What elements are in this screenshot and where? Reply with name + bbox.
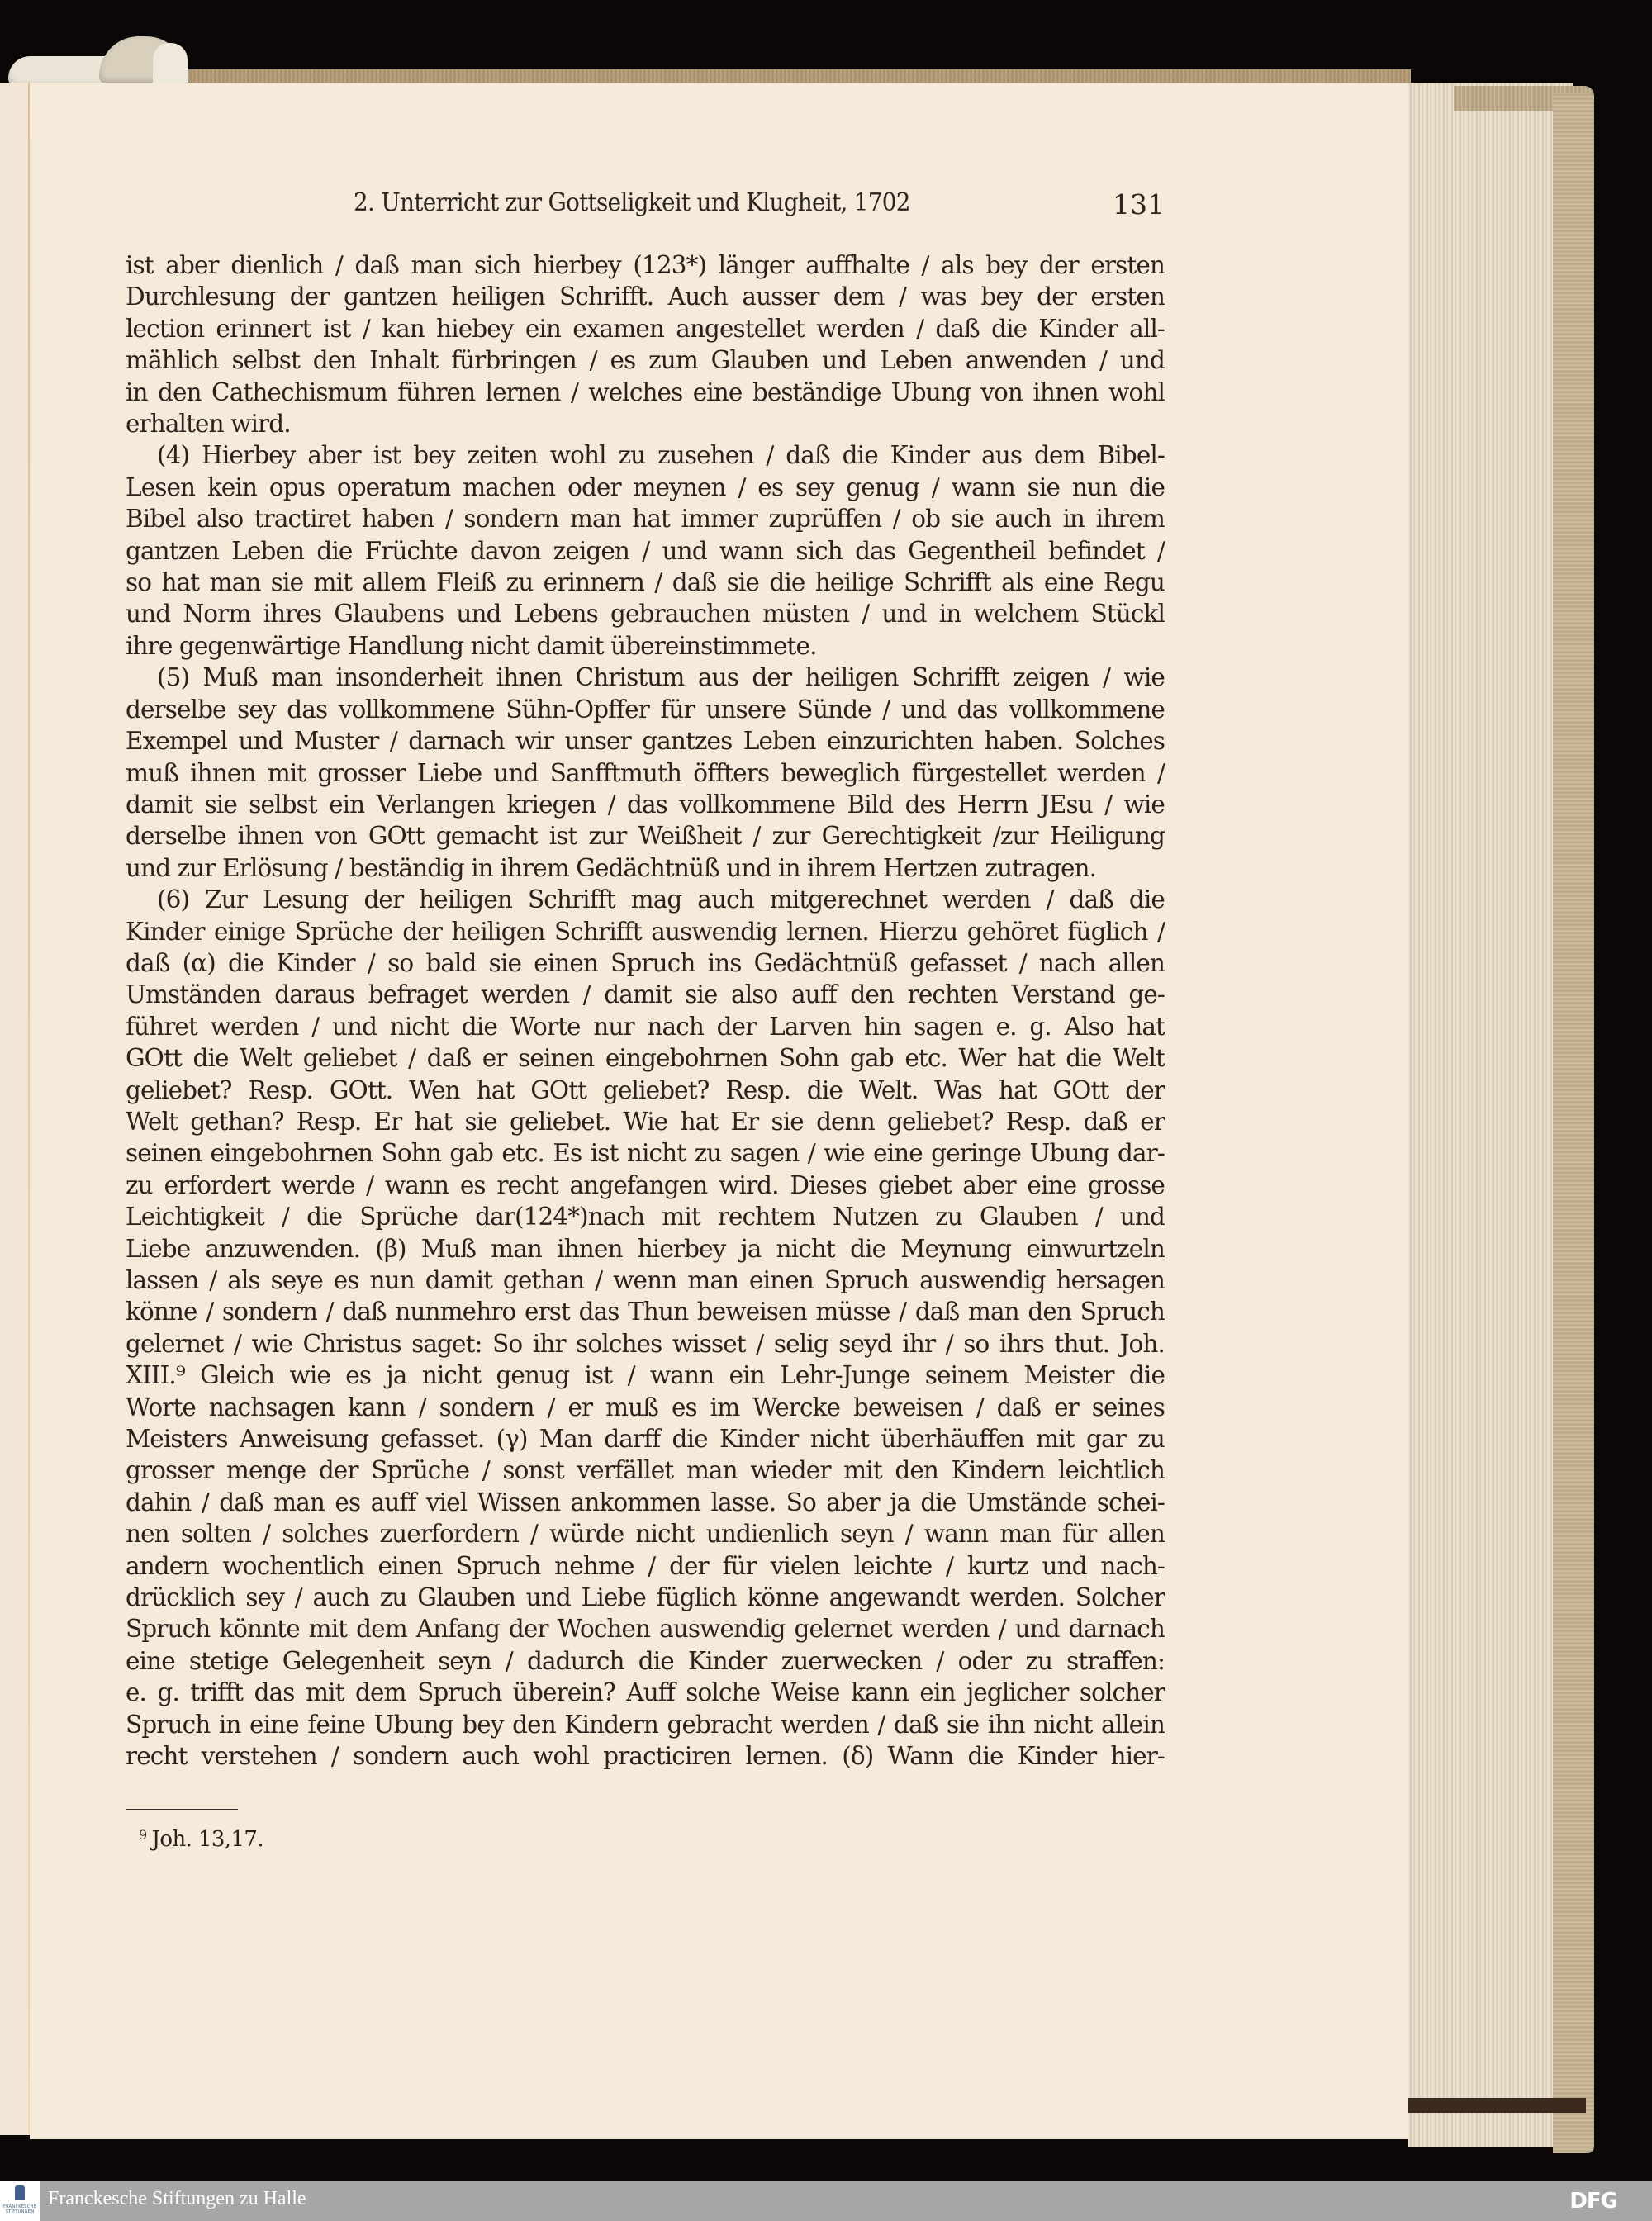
text-line: dahin / daß man es auff viel Wissen anko…: [126, 1487, 1165, 1518]
text-line: erhalten wird.: [126, 408, 1165, 439]
text-line: andern wochentlich einen Spruch nehme / …: [126, 1550, 1165, 1582]
running-head: 2. Unterricht zur Gottseligkeit und Klug…: [354, 188, 1165, 230]
text-line: eine stetige Gelegenheit seyn / dadurch …: [126, 1645, 1165, 1677]
text-line: grosser menge der Sprüche / sonst verfäl…: [126, 1455, 1165, 1486]
text-line: so hat man sie mit allem Fleiß zu erinne…: [126, 567, 1165, 598]
building-figure-icon: [15, 2185, 25, 2200]
text-line: in den Cathechismum führen lernen / welc…: [126, 377, 1165, 408]
text-line: Umständen daraus befraget werden / damit…: [126, 979, 1165, 1010]
text-line: Leichtigkeit / die Sprüche dar(124*)nach…: [126, 1201, 1165, 1232]
text-line: Welt gethan? Resp. Er hat sie geliebet. …: [126, 1106, 1165, 1137]
text-line: (6) Zur Lesung der heiligen Schrifft mag…: [126, 884, 1165, 915]
footnote-marker: 9: [139, 1827, 147, 1843]
body-text: ist aber dienlich / daß man sich hierbey…: [126, 249, 1165, 1773]
book-cover-cloth: [1553, 93, 1594, 2153]
text-line: ist aber dienlich / daß man sich hierbey…: [126, 249, 1165, 281]
book-headband: [188, 69, 1411, 83]
text-line: Liebe anzuwenden. (β) Muß man ihnen hier…: [126, 1233, 1165, 1265]
logo-caption: FRANCKESCHE STIFTUNGEN: [2, 2204, 37, 2214]
text-line: könne / sondern / daß nunmehro erst das …: [126, 1296, 1165, 1327]
text-line: Spruch könnte mit dem Anfang der Wochen …: [126, 1613, 1165, 1644]
text-line: Lesen kein opus operatum machen oder mey…: [126, 472, 1165, 503]
text-line: muß ihnen mit grosser Liebe und Sanfftmu…: [126, 757, 1165, 789]
page-block-edges: [1408, 83, 1573, 2147]
text-line: nen solten / solches zuerfordern / würde…: [126, 1518, 1165, 1549]
footnote-rule: [126, 1809, 238, 1810]
chapter-title: 2. Unterricht zur Gottseligkeit und Klug…: [354, 188, 910, 217]
text-line: daß (α) die Kinder / so bald sie einen S…: [126, 947, 1165, 979]
text-line: ihre gegenwärtige Handlung nicht damit ü…: [126, 630, 1165, 662]
paragraph-continuation: ist aber dienlich / daß man sich hierbey…: [126, 249, 1165, 439]
text-line: geliebet? Resp. GOtt. Wen hat GOtt gelie…: [126, 1075, 1165, 1106]
text-line: lassen / als seye es nun damit gethan / …: [126, 1265, 1165, 1296]
text-line: mählich selbst den Inhalt fürbringen / e…: [126, 344, 1165, 376]
text-line: recht verstehen / sondern auch wohl prac…: [126, 1740, 1165, 1772]
institution-name[interactable]: Franckesche Stiftungen zu Halle: [48, 2188, 306, 2210]
text-line: Kinder einige Sprüche der heiligen Schri…: [126, 916, 1165, 947]
text-line: Spruch in eine feine Ubung bey den Kinde…: [126, 1709, 1165, 1740]
text-line: führet werden / und nicht die Worte nur …: [126, 1011, 1165, 1042]
text-line: Bibel also tractiret haben / sondern man…: [126, 503, 1165, 534]
text-line: (4) Hierbey aber ist bey zeiten wohl zu …: [126, 439, 1165, 471]
page-number: 131: [1113, 188, 1165, 221]
text-line: Meisters Anweisung gefasset. (γ) Man dar…: [126, 1423, 1165, 1455]
dfg-logo[interactable]: DFG: [1569, 2189, 1617, 2214]
left-page-edge: [0, 83, 30, 2135]
text-line: XIII.⁹ Gleich wie es ja nicht genug ist …: [126, 1360, 1165, 1391]
text-line: zu erfordert werde / wann es recht angef…: [126, 1170, 1165, 1201]
text-line: seinen eingebohrnen Sohn gab etc. Es ist…: [126, 1137, 1165, 1169]
text-line: derselbe ihnen von GOtt gemacht ist zur …: [126, 820, 1165, 852]
text-line: e. g. trifft das mit dem Spruch überein?…: [126, 1677, 1165, 1708]
ribbon-end: [153, 43, 188, 86]
text-line: und zur Erlösung / beständig in ihrem Ge…: [126, 852, 1165, 884]
paragraph-5: (5) Muß man insonderheit ihnen Christum …: [126, 662, 1165, 884]
text-line: damit sie selbst ein Verlangen kriegen /…: [126, 789, 1165, 820]
text-line: drücklich sey / auch zu Glauben und Lieb…: [126, 1582, 1165, 1613]
cover-bottom-edge: [1388, 2098, 1586, 2113]
text-line: GOtt die Welt geliebet / daß er seinen e…: [126, 1042, 1165, 1074]
text-line: Durchlesung der gantzen heiligen Schriff…: [126, 281, 1165, 312]
paragraph-4: (4) Hierbey aber ist bey zeiten wohl zu …: [126, 439, 1165, 662]
text-line: (5) Muß man insonderheit ihnen Christum …: [126, 662, 1165, 693]
text-line: gelernet / wie Christus saget: So ihr so…: [126, 1328, 1165, 1360]
text-line: derselbe sey das vollkommene Sühn-Opffer…: [126, 694, 1165, 725]
paragraph-6: (6) Zur Lesung der heiligen Schrifft mag…: [126, 884, 1165, 1772]
footnote-text: Joh. 13,17.: [152, 1827, 263, 1852]
text-line: Worte nachsagen kann / sondern / er muß …: [126, 1392, 1165, 1423]
text-line: lection erinnert ist / kan hiebey ein ex…: [126, 313, 1165, 344]
text-line: Exempel und Muster / darnach wir unser g…: [126, 725, 1165, 757]
footnote: 9Joh. 13,17.: [139, 1827, 263, 1852]
text-line: und Norm ihres Glaubens und Lebens gebra…: [126, 598, 1165, 629]
franckesche-stiftungen-logo[interactable]: FRANCKESCHE STIFTUNGEN: [0, 2181, 40, 2221]
text-line: gantzen Leben die Früchte davon zeigen /…: [126, 535, 1165, 567]
